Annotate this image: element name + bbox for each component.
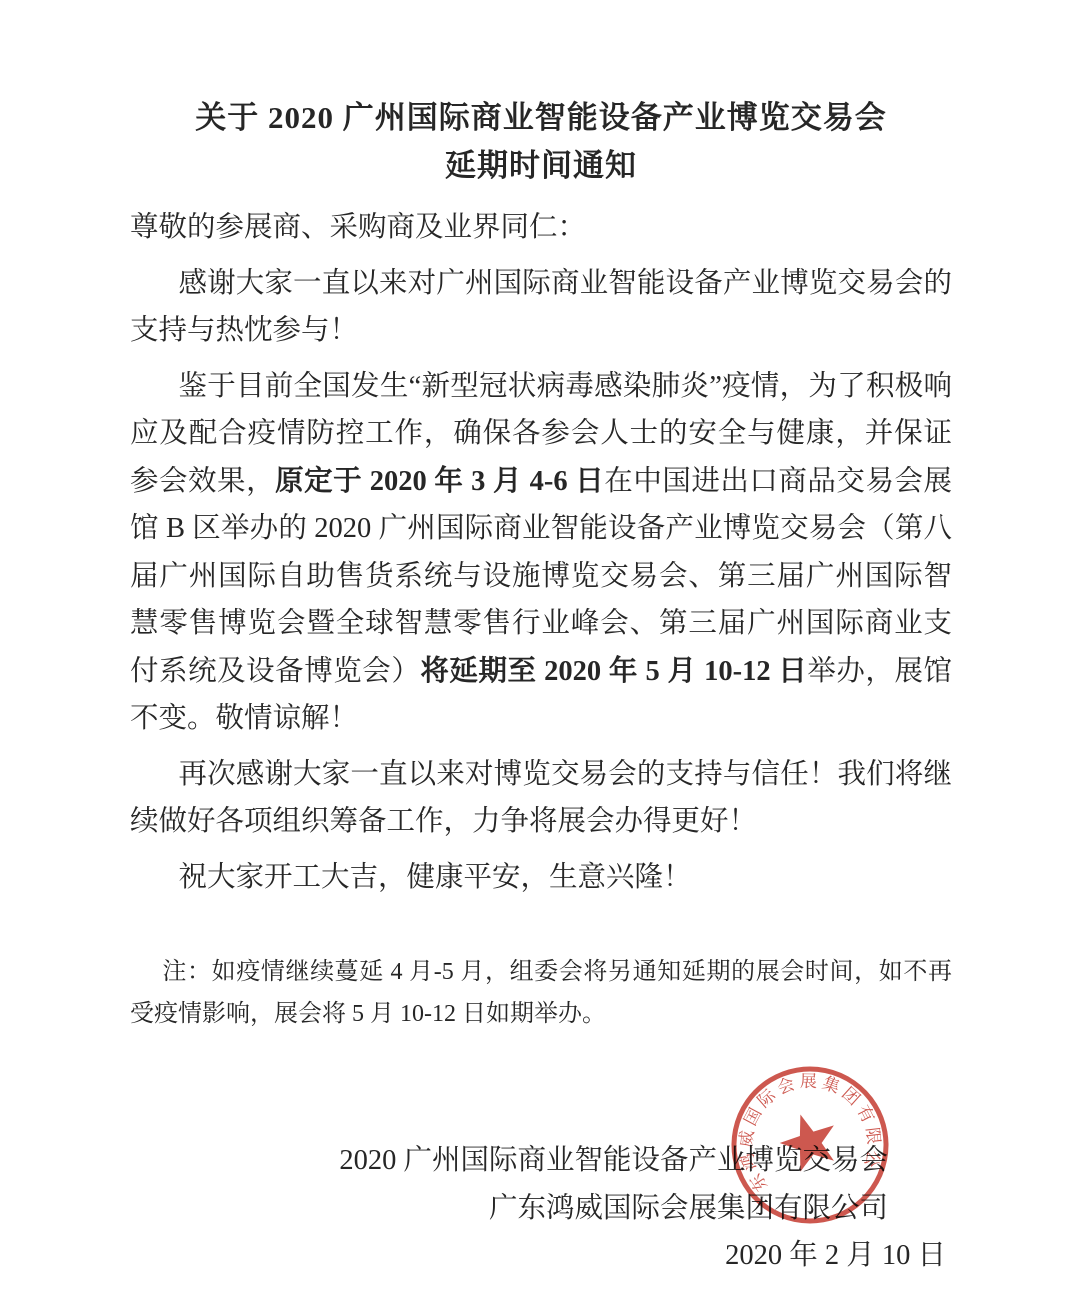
new-date-bold-text: 将延期至 2020 年 5 月 10-12 日 [420,656,807,687]
postponement-middle-text: 在中国进出口商品交易会展馆 B 区举办的 2020 广州国际商业智能设备产业博览… [130,466,952,687]
salutation: 尊敬的参展商、采购商及业界同仁： [130,204,952,252]
signature-org-line-1: 2020 广州国际商业智能设备产业博览交易会 [130,1137,952,1185]
original-date-bold-text: 原定于 2020 年 3 月 4-6 日 [275,466,604,497]
title-line-2: 延期时间通知 [130,142,952,190]
paragraph-postponement: 鉴于目前全国发生“新型冠状病毒感染肺炎”疫情，为了积极响应及配合疫情防控工作，确… [130,363,952,743]
paragraph-gratitude: 再次感谢大家一直以来对博览交易会的支持与信任！我们将继续做好各项组织筹备工作，力… [130,751,952,846]
document-content: 关于 2020 广州国际商业智能设备产业博览交易会 延期时间通知 尊敬的参展商、… [130,94,952,1280]
signature-org-line-2: 广东鸿威国际会展集团有限公司 [130,1185,952,1233]
document-page: 关于 2020 广州国际商业智能设备产业博览交易会 延期时间通知 尊敬的参展商、… [0,0,1080,1308]
document-title: 关于 2020 广州国际商业智能设备产业博览交易会 延期时间通知 [130,94,952,190]
signature-block: 2020 广州国际商业智能设备产业博览交易会 广东鸿威国际会展集团有限公司 20… [130,1137,952,1280]
paragraph-wishes: 祝大家开工大吉，健康平安，生意兴隆！ [130,854,952,902]
title-line-1: 关于 2020 广州国际商业智能设备产业博览交易会 [130,94,952,142]
footnote: 注：如疫情继续蔓延 4 月-5 月，组委会将另通知延期的展会时间，如不再受疫情影… [130,951,952,1035]
signature-date: 2020 年 2 月 10 日 [130,1232,952,1280]
paragraph-thanks: 感谢大家一直以来对广州国际商业智能设备产业博览交易会的支持与热忱参与！ [130,260,952,355]
